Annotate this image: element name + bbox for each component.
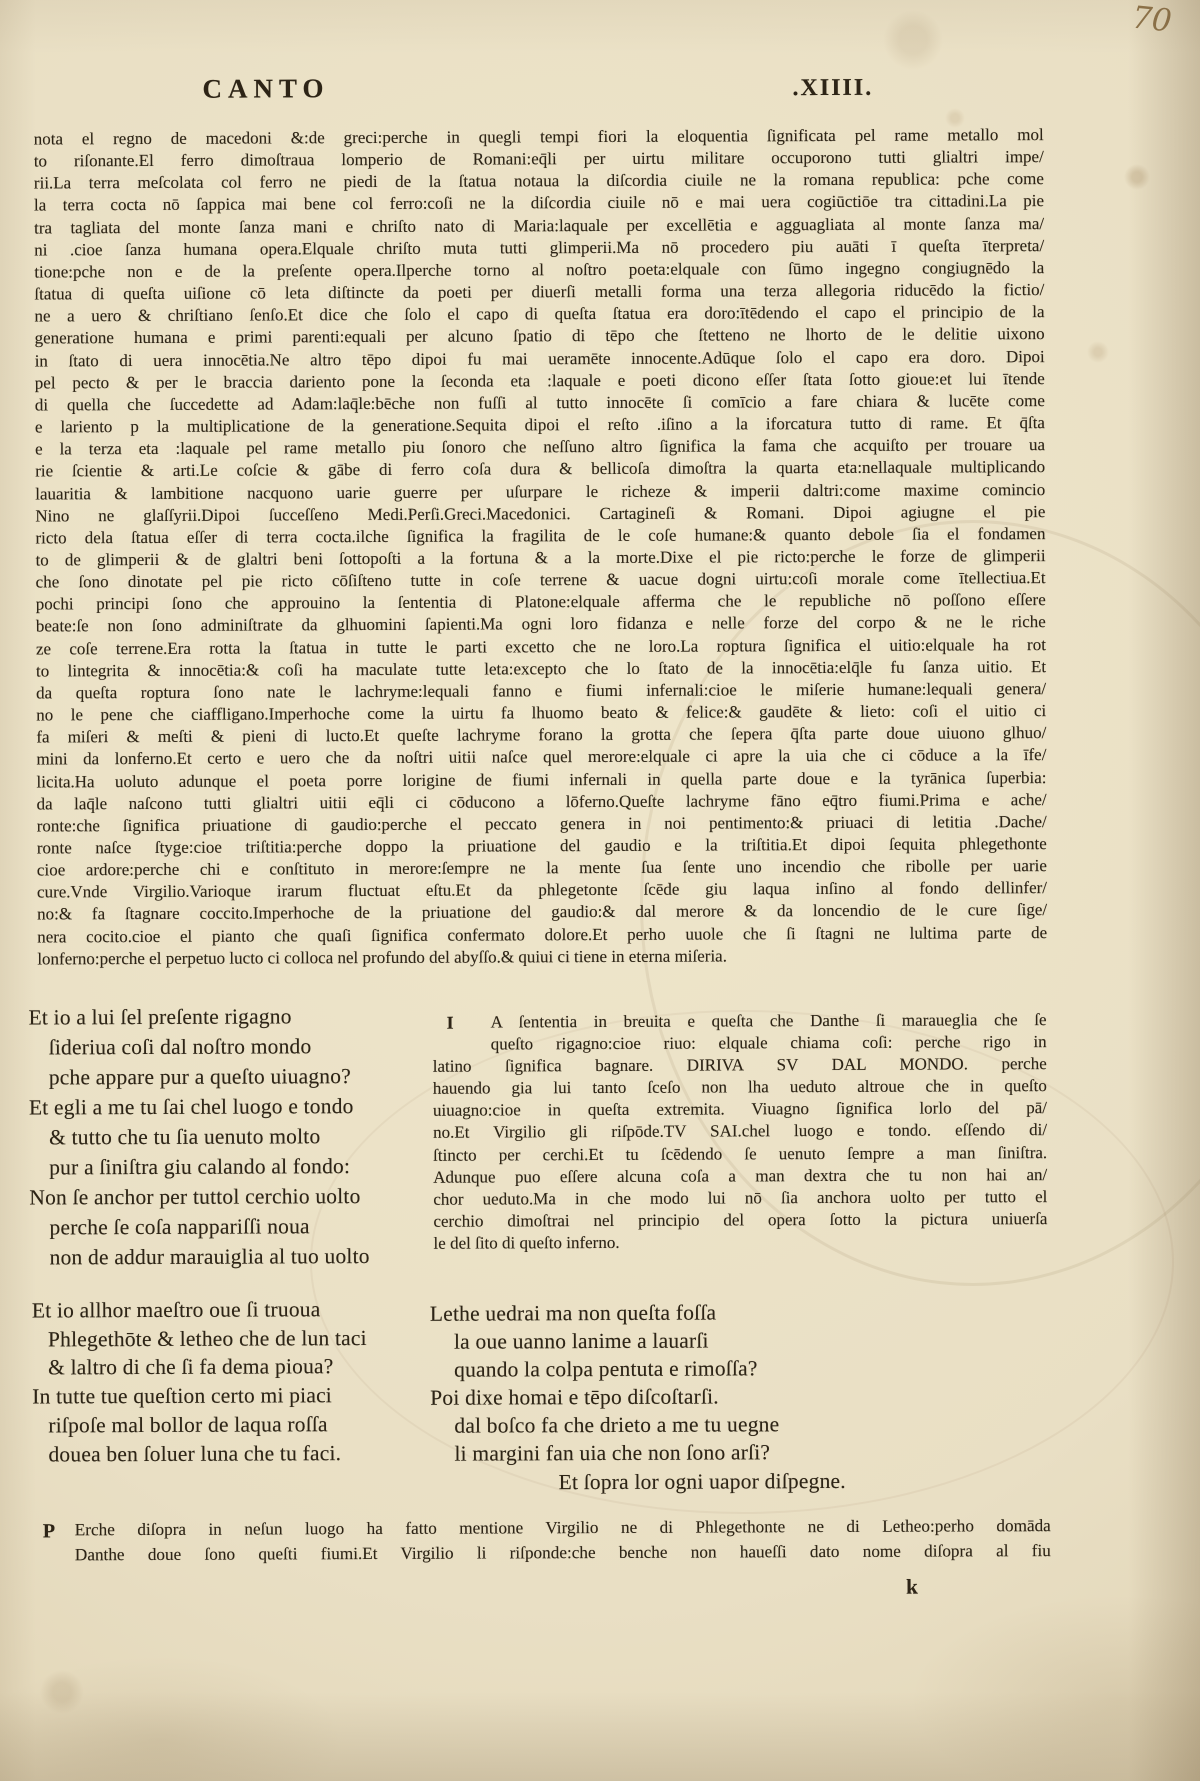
- commentary-line: cerchio dimoſtrai nel principio del oper…: [433, 1208, 1047, 1233]
- handwritten-folio-number: 70: [1131, 0, 1174, 39]
- verse-block-2-right: Lethe uedrai ma non queſta foſſala oue u…: [430, 1297, 1051, 1496]
- footer-paragraph-initial: P: [43, 1520, 55, 1543]
- commentary-line: chor ueduto.Ma in che modo lui nō ſia an…: [433, 1186, 1047, 1211]
- verse-line: & tutto che tu ſia uenuto molto: [29, 1121, 429, 1153]
- commentary-block-1: A ſententia in breuita e queſta che Dant…: [433, 1009, 1048, 1255]
- verse-line: Non ſe anchor per tuttol cerchio uolto: [29, 1181, 429, 1213]
- verse-line: non de addur marauiglia al tuo uolto: [30, 1241, 430, 1273]
- verse-line: Lethe uedrai ma non queſta foſſa: [430, 1297, 1050, 1328]
- verse-line: In tutte tue queſtion certo mi piaci: [32, 1381, 432, 1411]
- verse-line: perche ſe coſa nappariſſi noua: [29, 1211, 429, 1243]
- commentary-line: uiuagno:cioe in queſta extremita. Viuagn…: [433, 1097, 1047, 1122]
- verse-block-1: Et io a lui ſel preſente rigagnoſideriua…: [28, 1001, 429, 1273]
- verse-line: li margini fan uia che non ſono arſi?: [430, 1438, 1050, 1469]
- verse-line: dal boſco fa che drieto a me tu uegne: [430, 1409, 1050, 1440]
- verse-line: riſpoſe mal bollor de laqua roſſa: [32, 1410, 432, 1440]
- scanned-book-page: 70 CANTO .XIIII. nota el regno de macedo…: [0, 0, 1200, 1781]
- commentary-line: Adunque puo eſſere alcuna coſa a man dex…: [433, 1164, 1047, 1189]
- page-content: 70 CANTO .XIIII. nota el regno de macedo…: [0, 0, 1200, 1781]
- commentary-line: ſtincto per cerchi.Et tu ſcēdendo ſe uen…: [433, 1142, 1047, 1167]
- commentary-line: no.Et Virgilio gli riſpōde.TV SAI.chel l…: [433, 1120, 1047, 1145]
- verse-line: & laltro di che ſi fa dema pioua?: [32, 1352, 432, 1382]
- gloss-line: lonferno:perche el perpetuo lucto ci col…: [37, 944, 1047, 971]
- commentary-line: le del ſito di queſto inferno.: [433, 1230, 1047, 1255]
- commentary-line: latino ſignifica bagnare. DIRIVA SV DAL …: [433, 1053, 1047, 1078]
- verse-line: douea ben ſoluer luna che tu faci.: [32, 1438, 432, 1468]
- verse-line: quando la colpa pentuta e rimoſſa?: [430, 1353, 1050, 1384]
- verse-line: Et ſopra lor ogni uapor diſpegne.: [431, 1466, 1051, 1497]
- verse-line: Poi dixe homai e tēpo diſcoſtarſi.: [430, 1381, 1050, 1412]
- verse-line: la oue uanno lanime a lauarſi: [430, 1325, 1050, 1356]
- footer-paragraph: Erche diſopra in neſun luogo ha fatto me…: [75, 1514, 1051, 1567]
- commentary-gloss-block: nota el regno de macedoni &:de greci:per…: [34, 124, 1048, 970]
- verse-line: ſideriua coſi dal noſtro mondo: [29, 1031, 429, 1063]
- footer-line: Erche diſopra in neſun luogo ha fatto me…: [75, 1514, 1051, 1543]
- verse-line: Et io allhor maeſtro oue ſi truoua: [32, 1295, 432, 1325]
- running-title: CANTO: [202, 73, 329, 105]
- verse-line: pur a ſiniſtra giu calando al fondo:: [29, 1151, 429, 1183]
- verse-line: pche appare pur a queſto uiuagno?: [29, 1061, 429, 1093]
- commentary-line: A ſententia in breuita e queſta che Dant…: [433, 1009, 1047, 1034]
- footer-line: Danthe doue ſono queſti fiumi.Et Virgili…: [75, 1539, 1051, 1568]
- verse-line: Et egli a me tu ſai chel luogo e tondo: [29, 1091, 429, 1123]
- commentary-line: queſto rigagno:cioe riuo: elquale chiama…: [433, 1031, 1047, 1056]
- canto-number: .XIIII.: [792, 75, 873, 102]
- signature-mark: k: [906, 1575, 918, 1600]
- commentary-line: hauendo gia lui tanto ſceſo non lha uedu…: [433, 1075, 1047, 1100]
- verse-line: Et io a lui ſel preſente rigagno: [28, 1001, 428, 1033]
- verse-block-2-left: Et io allhor maeſtro oue ſi truouaPhlege…: [32, 1295, 433, 1469]
- gloss-line: nera cocito.cioe el pianto che quaſi ſig…: [37, 922, 1047, 949]
- verse-line: Phlegethōte & letheo che de lun taci: [32, 1323, 432, 1353]
